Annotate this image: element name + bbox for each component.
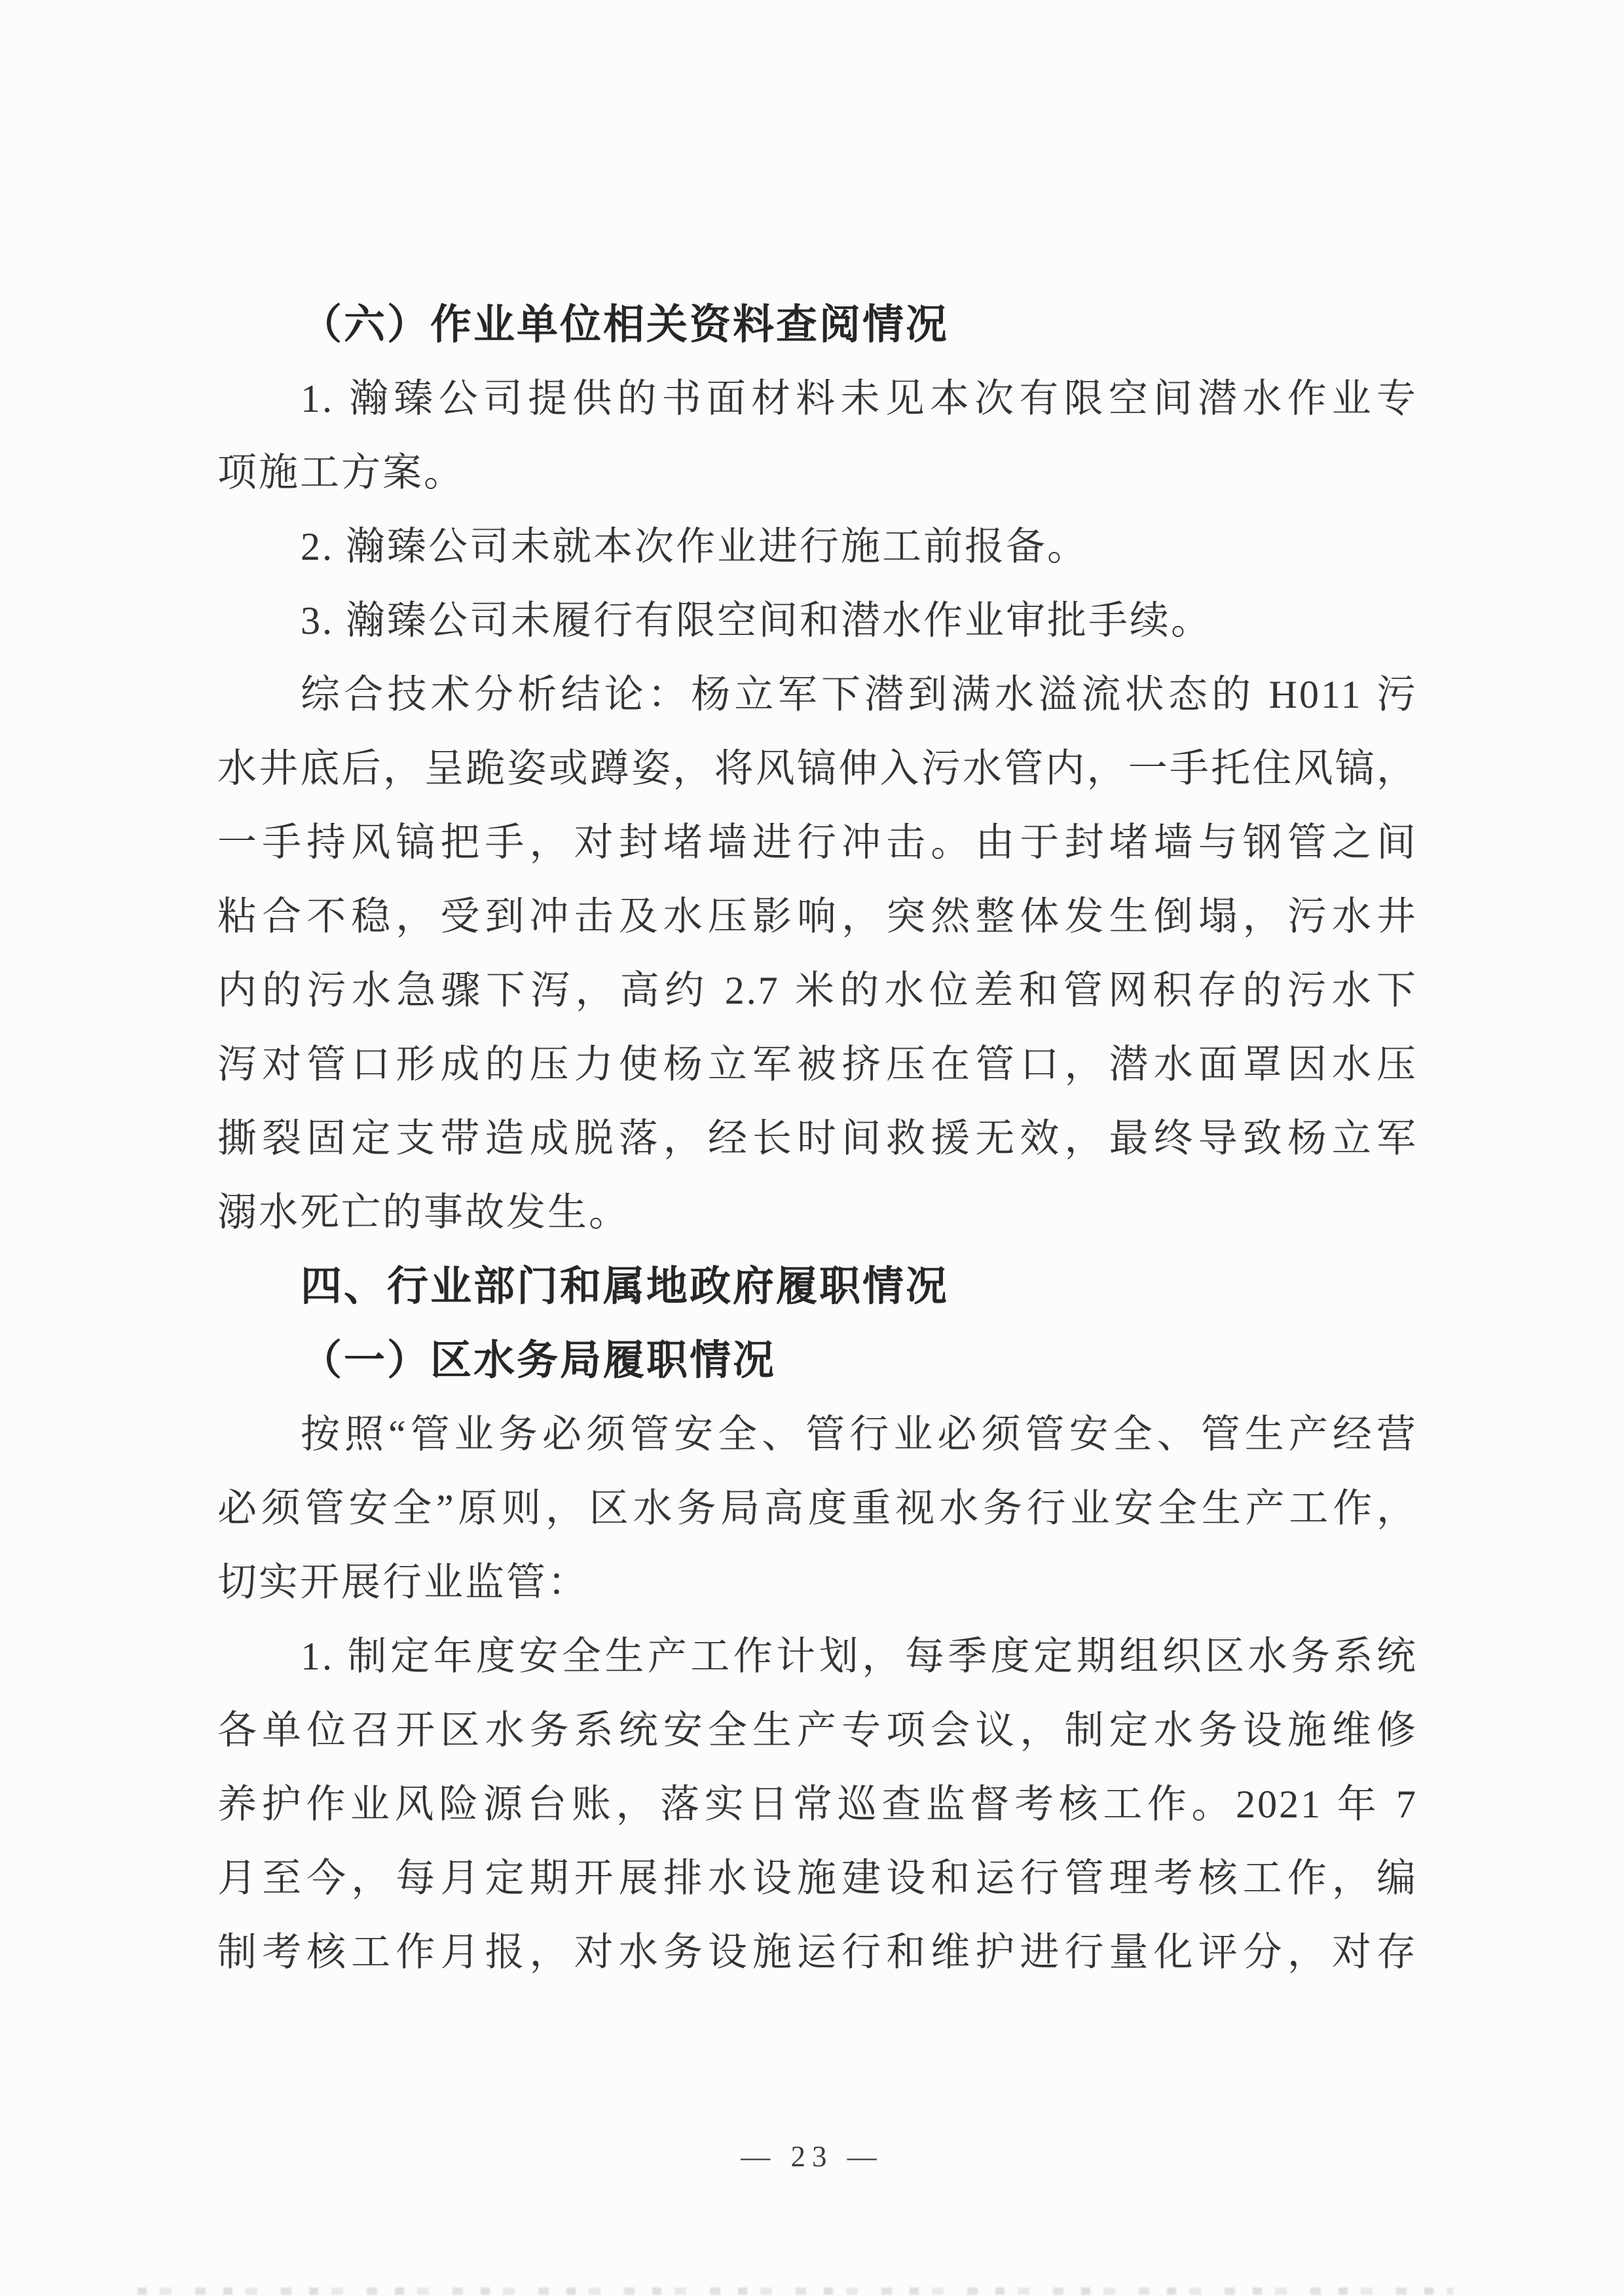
text-line: 1. 制定年度安全生产工作计划，每季度定期组织区水务系统 <box>217 1620 1418 1694</box>
section-heading: （一）区水务局履职情况 <box>217 1324 1418 1398</box>
text-line: 切实开展行业监管： <box>217 1546 1418 1620</box>
page-number: — 23 — <box>0 2136 1624 2178</box>
text-line: 各单位召开区水务系统安全生产专项会议，制定水务设施维修 <box>217 1694 1418 1768</box>
text-line: 内的污水急骤下泻，高约 2.7 米的水位差和管网积存的污水下 <box>217 954 1418 1028</box>
text-line: 粘合不稳，受到冲击及水压影响，突然整体发生倒塌，污水井 <box>217 880 1418 954</box>
text-line: 综合技术分析结论：杨立军下潜到满水溢流状态的 H011 污 <box>217 658 1418 732</box>
text-line: 水井底后，呈跪姿或蹲姿，将风镐伸入污水管内，一手托住风镐， <box>217 732 1418 806</box>
text-line: 3. 瀚臻公司未履行有限空间和潜水作业审批手续。 <box>217 584 1418 658</box>
text-line: 制考核工作月报，对水务设施运行和维护进行量化评分，对存 <box>217 1916 1418 1990</box>
text-line: 必须管安全”原则，区水务局高度重视水务行业安全生产工作， <box>217 1472 1418 1546</box>
section-heading: 四、行业部门和属地政府履职情况 <box>217 1250 1418 1324</box>
document-page: （六）作业单位相关资料查阅情况 1. 瀚臻公司提供的书面材料未见本次有限空间潜水… <box>0 0 1624 2296</box>
text-line: 月至今，每月定期开展排水设施建设和运行管理考核工作，编 <box>217 1842 1418 1916</box>
text-line: 养护作业风险源台账，落实日常巡查监督考核工作。2021 年 7 <box>217 1768 1418 1842</box>
text-line: 1. 瀚臻公司提供的书面材料未见本次有限空间潜水作业专 <box>217 362 1418 436</box>
text-line: 项施工方案。 <box>217 436 1418 510</box>
text-line: 按照“管业务必须管安全、管行业必须管安全、管生产经营 <box>217 1398 1418 1472</box>
text-line: 2. 瀚臻公司未就本次作业进行施工前报备。 <box>217 510 1418 584</box>
document-body: （六）作业单位相关资料查阅情况 1. 瀚臻公司提供的书面材料未见本次有限空间潜水… <box>217 288 1418 1990</box>
text-line: 撕裂固定支带造成脱落，经长时间救援无效，最终导致杨立军 <box>217 1102 1418 1176</box>
text-line: 泻对管口形成的压力使杨立军被挤压在管口，潜水面罩因水压 <box>217 1028 1418 1102</box>
section-heading: （六）作业单位相关资料查阅情况 <box>217 288 1418 362</box>
text-line: 溺水死亡的事故发生。 <box>217 1176 1418 1250</box>
text-line: 一手持风镐把手，对封堵墙进行冲击。由于封堵墙与钢管之间 <box>217 806 1418 880</box>
page-bottom-bleed-artifact <box>138 2287 1454 2295</box>
